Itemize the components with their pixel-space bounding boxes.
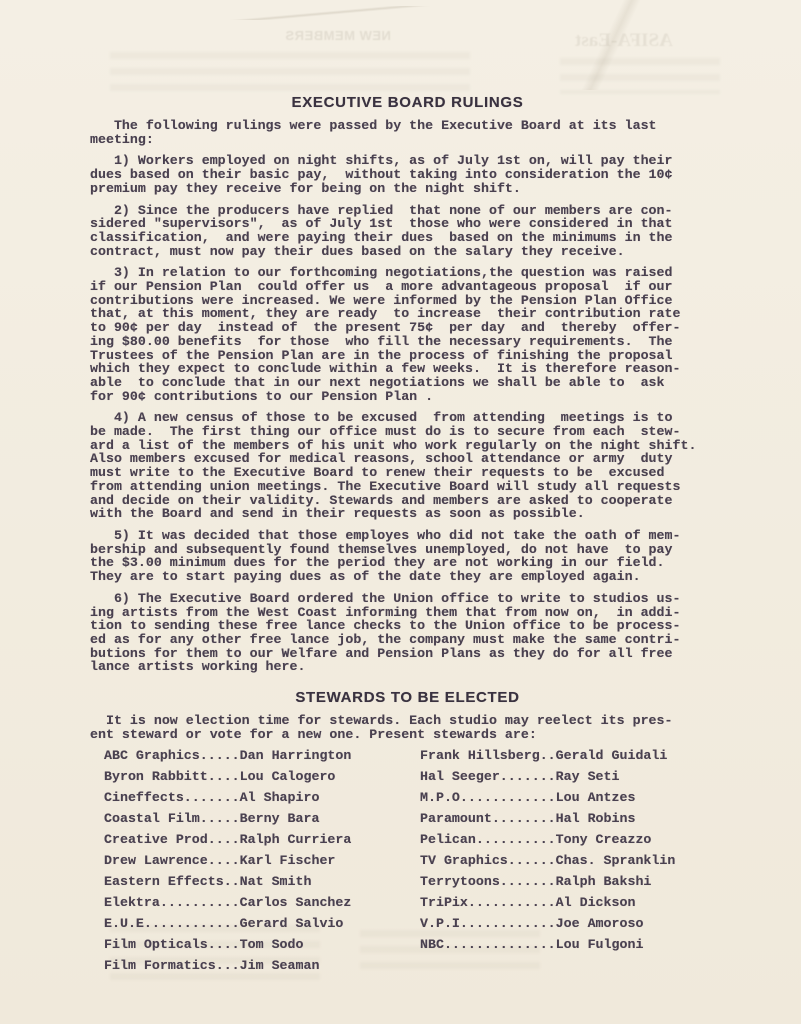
stewards-column-left: ABC Graphics.....Dan Harrington Byron Ra… — [104, 745, 420, 976]
stewards-list: ABC Graphics.....Dan Harrington Byron Ra… — [104, 745, 725, 976]
ruling-paragraph-4: 4) A new census of those to be excused f… — [90, 411, 725, 521]
page-content: EXECUTIVE BOARD RULINGS The following ru… — [90, 94, 725, 976]
ruling-paragraph-5: 5) It was decided that those employes wh… — [90, 529, 725, 584]
ruling-paragraph-1: 1) Workers employed on night shifts, as … — [90, 154, 725, 195]
stewards-intro-paragraph: It is now election time for stewards. Ea… — [90, 714, 725, 741]
paper-crease — [481, 0, 741, 90]
paper-crease — [120, 6, 540, 20]
bleedthrough-smudge — [560, 58, 720, 94]
bleedthrough-smudge — [110, 52, 470, 98]
ruling-paragraph-3: 3) In relation to our forthcoming negoti… — [90, 266, 725, 403]
ruling-paragraph-6: 6) The Executive Board ordered the Union… — [90, 592, 725, 674]
section-title-executive-board-rulings: EXECUTIVE BOARD RULINGS — [90, 94, 725, 111]
rulings-intro-paragraph: The following rulings were passed by the… — [90, 119, 725, 146]
ruling-paragraph-2: 2) Since the producers have replied that… — [90, 204, 725, 259]
document-page: NEW MEMBERS ASIFA-East EXECUTIVE BOARD R… — [0, 0, 801, 1024]
stewards-column-right: Frank Hillsberg..Gerald Guidali Hal Seeg… — [420, 745, 675, 976]
section-title-stewards-to-be-elected: STEWARDS TO BE ELECTED — [90, 689, 725, 706]
bleedthrough-text: ASIFA-East — [575, 30, 673, 52]
bleedthrough-text: NEW MEMBERS — [285, 28, 391, 43]
